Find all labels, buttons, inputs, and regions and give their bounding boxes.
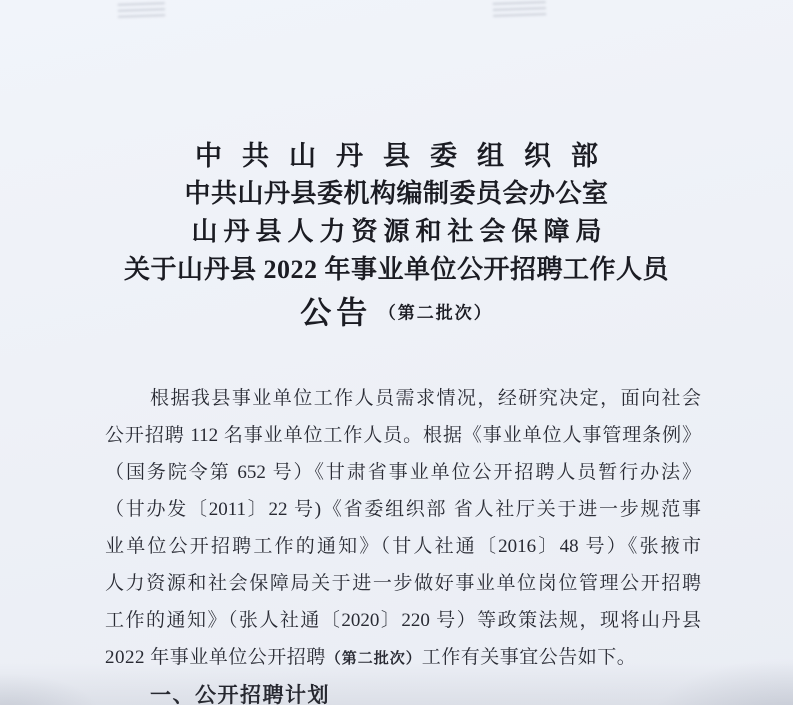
body-last-line-batch: （第二批次） (326, 651, 422, 667)
title-subject-line: 关于山丹县 2022 年事业单位公开招聘工作人员 (0, 251, 793, 289)
scan-smudge-mark-left (118, 2, 166, 22)
body-paragraph: 根据我县事业单位工作人员需求情况，经研究决定，面向社会 公开招聘 112 名事业… (105, 380, 701, 676)
document-page: 中共山丹县委组织部 中共山丹县委机构编制委员会办公室 山丹县人力资源和社会保障局… (0, 0, 793, 705)
body-line: 业单位公开招聘工作的通知》（甘人社通〔2016〕48 号）《张掖市 (105, 528, 701, 565)
body-line: （国务院令第 652 号）《甘肃省事业单位公开招聘人员暂行办法》 (105, 454, 701, 491)
document-title-block: 中共山丹县委组织部 中共山丹县委机构编制委员会办公室 山丹县人力资源和社会保障局… (0, 0, 793, 335)
title-subject-word-line: 公告 （第二批次） (0, 289, 793, 335)
scan-smudge-mark-right (493, 1, 547, 19)
body-line: 公开招聘 112 名事业单位工作人员。根据《事业单位人事管理条例》 (105, 417, 701, 454)
body-line: 工作的通知》（张人社通〔2020〕220 号）等政策法规，现将山丹县 (105, 602, 701, 639)
body-line-last: 2022 年事业单位公开招聘（第二批次）工作有关事宜公告如下。 (105, 639, 701, 676)
title-org-line-3: 山丹县人力资源和社会保障局 (0, 213, 793, 251)
body-line: 根据我县事业单位工作人员需求情况，经研究决定，面向社会 (105, 380, 701, 417)
section-heading: 一、公开招聘计划 (105, 682, 701, 705)
title-org-line-1: 中共山丹县委组织部 (0, 137, 793, 175)
title-org-line-2: 中共山丹县委机构编制委员会办公室 (0, 175, 793, 213)
title-subject-word: 公告 (300, 296, 372, 331)
body-last-line-prefix: 2022 年事业单位公开招聘 (105, 647, 326, 668)
body-last-line-suffix: 工作有关事宜公告如下。 (422, 647, 637, 668)
title-subject-batch: （第二批次） (379, 304, 493, 323)
body-line: （甘办发〔2011〕22 号)《省委组织部 省人社厅关于进一步规范事 (105, 491, 701, 528)
body-line: 人力资源和社会保障局关于进一步做好事业单位岗位管理公开招聘 (105, 565, 701, 602)
